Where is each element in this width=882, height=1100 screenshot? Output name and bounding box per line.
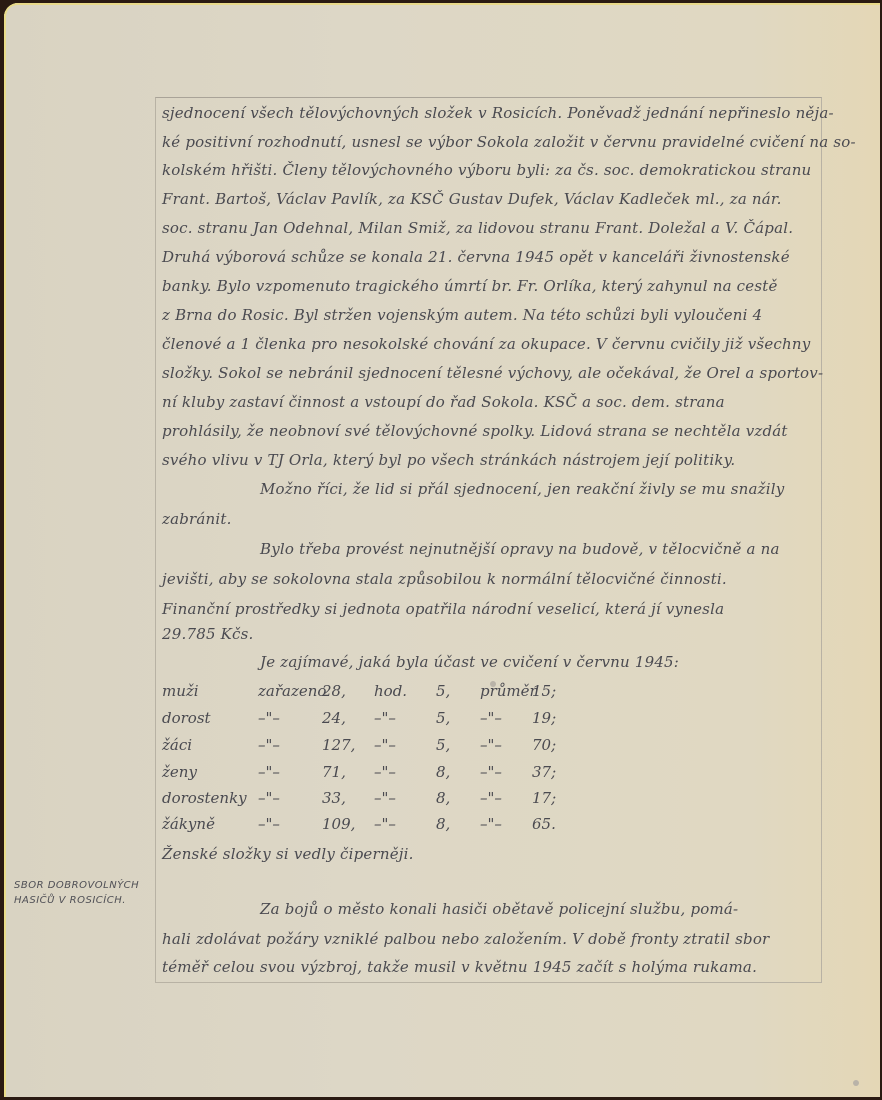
text-line: hali zdolávat požáry vzniklé palbou nebo… (162, 930, 769, 948)
group-name: muži (162, 682, 199, 700)
ditto-mark: –"– (258, 789, 280, 807)
hours-value: 8, (436, 763, 450, 781)
text-line: Bylo třeba provést nejnutnější opravy na… (260, 540, 780, 558)
ditto-mark: –"– (258, 709, 280, 727)
ditto-mark: –"– (374, 709, 396, 727)
average-value: 17; (532, 789, 556, 807)
ditto-mark: –"– (480, 815, 502, 833)
header-hours: hod. (374, 682, 407, 700)
hours-value: 5, (436, 736, 450, 754)
ditto-mark: –"– (480, 789, 502, 807)
text-line: soc. stranu Jan Odehnal, Milan Smiž, za … (162, 219, 793, 237)
text-line: sjednocení všech tělovýchovných složek v… (162, 104, 834, 122)
header-enrolled: zařazeno (258, 682, 326, 700)
text-line: Frant. Bartoš, Václav Pavlík, za KSČ Gus… (162, 190, 782, 208)
group-name: dorostenky (162, 789, 247, 807)
ditto-mark: –"– (480, 709, 502, 727)
text-line: Za bojů o město konali hasiči obětavě po… (260, 900, 738, 918)
text-line: svého vlivu v TJ Orla, který byl po všec… (162, 451, 735, 469)
enrolled-value: 109, (322, 815, 355, 833)
text-line: Finanční prostředky si jednota opatřila … (162, 600, 724, 618)
header-average: průměr (480, 682, 537, 700)
text-line: kolském hřišti. Členy tělovýchovného výb… (162, 161, 811, 179)
text-line: banky. Bylo vzpomenuto tragického úmrtí … (162, 277, 778, 295)
hours-value: 5, (436, 682, 450, 700)
ditto-mark: –"– (374, 763, 396, 781)
text-line: zabránit. (162, 510, 232, 528)
margin-note: SBOR DOBROVOLNÝCH HASIČŮ V ROSICÍCH. (14, 878, 154, 908)
text-line: Možno říci, že lid si přál sjednocení, j… (260, 480, 784, 498)
ditto-mark: –"– (374, 736, 396, 754)
paper-spot (490, 681, 496, 687)
enrolled-value: 33, (322, 789, 346, 807)
group-name: žákyně (162, 815, 215, 833)
enrolled-value: 24, (322, 709, 346, 727)
ditto-mark: –"– (258, 763, 280, 781)
text-line: Ženské složky si vedly čiperněji. (162, 845, 414, 863)
margin-note-line-2: HASIČŮ V ROSICÍCH. (14, 893, 154, 908)
text-line: ké positivní rozhodnutí, usnesl se výbor… (162, 133, 856, 151)
ditto-mark: –"– (480, 763, 502, 781)
average-value: 37; (532, 763, 556, 781)
group-name: žáci (162, 736, 192, 754)
ditto-mark: –"– (374, 815, 396, 833)
enrolled-value: 127, (322, 736, 355, 754)
text-line: prohlásily, že neobnoví své tělovýchovné… (162, 422, 788, 440)
enrolled-value: 28, (322, 682, 346, 700)
paper-spot (853, 1080, 859, 1086)
average-value: 15; (532, 682, 556, 700)
text-line: členové a 1 členka pro nesokolské chován… (162, 335, 810, 353)
text-line: z Brna do Rosic. Byl stržen vojenským au… (162, 306, 762, 324)
text-line: téměř celou svou výzbroj, takže musil v … (162, 958, 757, 976)
text-line: složky. Sokol se nebránil sjednocení těl… (162, 364, 823, 382)
ditto-mark: –"– (480, 736, 502, 754)
hours-value: 8, (436, 815, 450, 833)
text-line: ní kluby zastaví činnost a vstoupí do řa… (162, 393, 725, 411)
average-value: 19; (532, 709, 556, 727)
hours-value: 5, (436, 709, 450, 727)
text-line: jevišti, aby se sokolovna stala způsobil… (162, 570, 727, 588)
average-value: 65. (532, 815, 556, 833)
group-name: ženy (162, 763, 197, 781)
enrolled-value: 71, (322, 763, 346, 781)
group-name: dorost (162, 709, 211, 727)
ditto-mark: –"– (374, 789, 396, 807)
hours-value: 8, (436, 789, 450, 807)
ditto-mark: –"– (258, 736, 280, 754)
text-line: Druhá výborová schůze se konala 21. červ… (162, 248, 790, 266)
text-line: 29.785 Kčs. (162, 625, 254, 643)
text-line: Je zajímavé, jaká byla účast ve cvičení … (260, 653, 679, 671)
margin-note-line-1: SBOR DOBROVOLNÝCH (14, 878, 154, 893)
average-value: 70; (532, 736, 556, 754)
ditto-mark: –"– (258, 815, 280, 833)
